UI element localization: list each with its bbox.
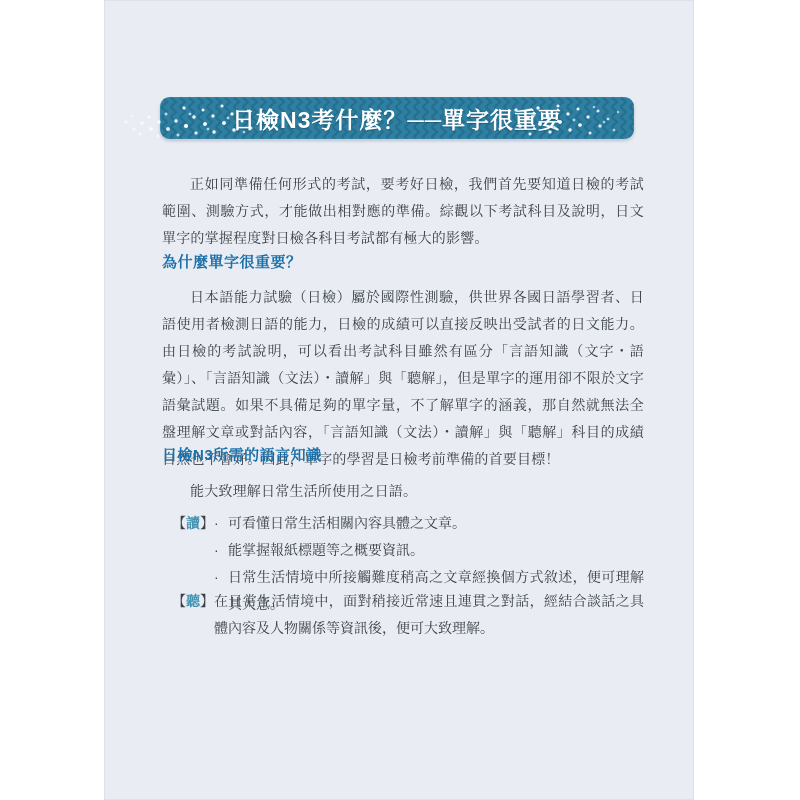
why-vocab-paragraph: 日本語能力試驗（日檢）屬於國際性測驗，供世界各國日語學習者、日語使用者檢測日語的…: [162, 284, 644, 473]
list-item: · 能掌握報紙標題等之概要資訊。: [214, 537, 644, 564]
n3-summary-line: 能大致理解日常生活所使用之日語。: [162, 478, 644, 505]
listening-skill-block: 【聽】 在日常生活情境中，面對稍接近常速且連貫之對話，經結合談話之具體內容及人物…: [172, 588, 644, 642]
banner-title: 日檢N3考什麼？──單字很重要: [160, 97, 634, 139]
reading-character: 讀: [186, 515, 200, 531]
reading-bullet-1: 可看懂日常生活相關內容具體之文章。: [228, 510, 644, 537]
reading-label: 【讀】: [172, 510, 214, 537]
section-heading-n3-knowledge: 日檢N3所需的語言知識: [162, 446, 322, 466]
listening-character: 聽: [186, 593, 200, 609]
listening-description: 在日常生活情境中，面對稍接近常速且連貫之對話，經結合談話之具體內容及人物關係等資…: [214, 588, 644, 642]
scanned-book-page: 日檢N3考什麼？──單字很重要: [0, 0, 800, 800]
page-content-area: 日檢N3考什麼？──單字很重要: [104, 0, 694, 800]
intro-paragraph: 正如同準備任何形式的考試，要考好日檢，我們首先要知道日檢的考試範圍、測驗方式，才…: [162, 171, 644, 252]
section-heading-why-vocab: 為什麼單字很重要？: [162, 253, 302, 273]
reading-bullet-2: 能掌握報紙標題等之概要資訊。: [228, 537, 644, 564]
bullet-dot-icon: ·: [214, 510, 228, 537]
list-item: · 可看懂日常生活相關內容具體之文章。: [214, 510, 644, 537]
bullet-dot-icon: ·: [214, 537, 228, 564]
chapter-banner: 日檢N3考什麼？──單字很重要: [160, 97, 634, 139]
listening-label: 【聽】: [172, 588, 214, 615]
